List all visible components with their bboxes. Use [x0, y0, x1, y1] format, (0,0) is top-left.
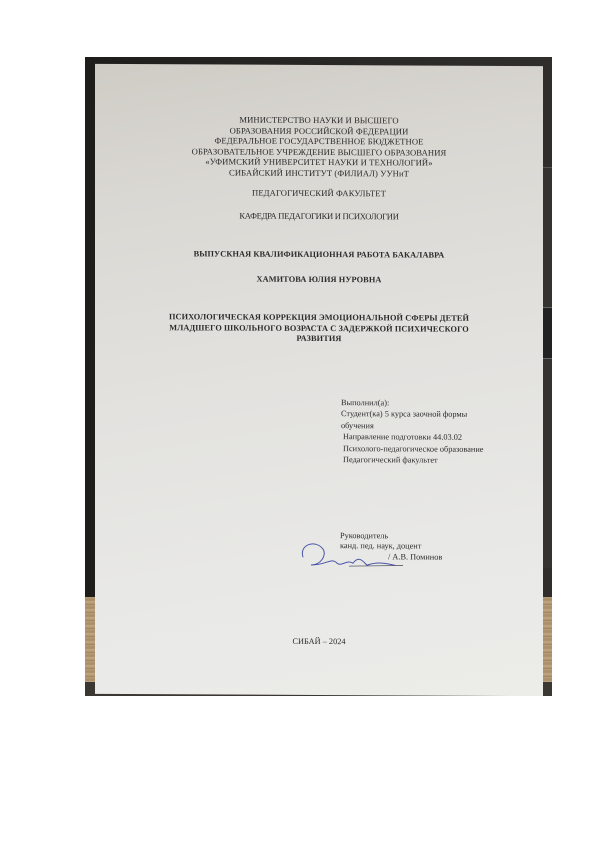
performed-by-line: Студент(ка) 5 курса заочной формы [341, 409, 483, 421]
title-page: МИНИСТЕРСТВО НАУКИ И ВЫСШЕГО ОБРАЗОВАНИЯ… [95, 64, 543, 696]
performed-by-line: Выполнил(а): [341, 397, 483, 409]
performed-by-block: Выполнил(а): Студент(ка) 5 курса заочной… [341, 397, 483, 466]
header-line: СИБАЙСКИЙ ИНСТИТУТ (ФИЛИАЛ) УУНиТ [95, 166, 543, 179]
performed-by-line: Направление подготовки 44.03.02 [341, 431, 483, 443]
performed-by-line: Педагогический факультет [341, 454, 483, 466]
author-name: ХАМИТОВА ЮЛИЯ НУРОВНА [95, 274, 543, 287]
work-type: ВЫПУСКНАЯ КВАЛИФИКАЦИОННАЯ РАБОТА БАКАЛА… [95, 249, 543, 262]
performed-by-line: Психолого-педагогическое образование [341, 443, 483, 455]
faculty: ПЕДАГОГИЧЕСКИЙ ФАКУЛЬТЕТ [95, 187, 543, 200]
department: КАФЕДРА ПЕДАГОГИКИ И ПСИХОЛОГИИ [95, 210, 543, 223]
document-photo: МИНИСТЕРСТВО НАУКИ И ВЫСШЕГО ОБРАЗОВАНИЯ… [85, 57, 552, 696]
signature-icon [297, 535, 407, 572]
performed-by-line: обучения [341, 420, 483, 432]
thesis-title-line: РАЗВИТИЯ [95, 333, 543, 346]
city-year: СИБАЙ – 2024 [95, 636, 543, 647]
